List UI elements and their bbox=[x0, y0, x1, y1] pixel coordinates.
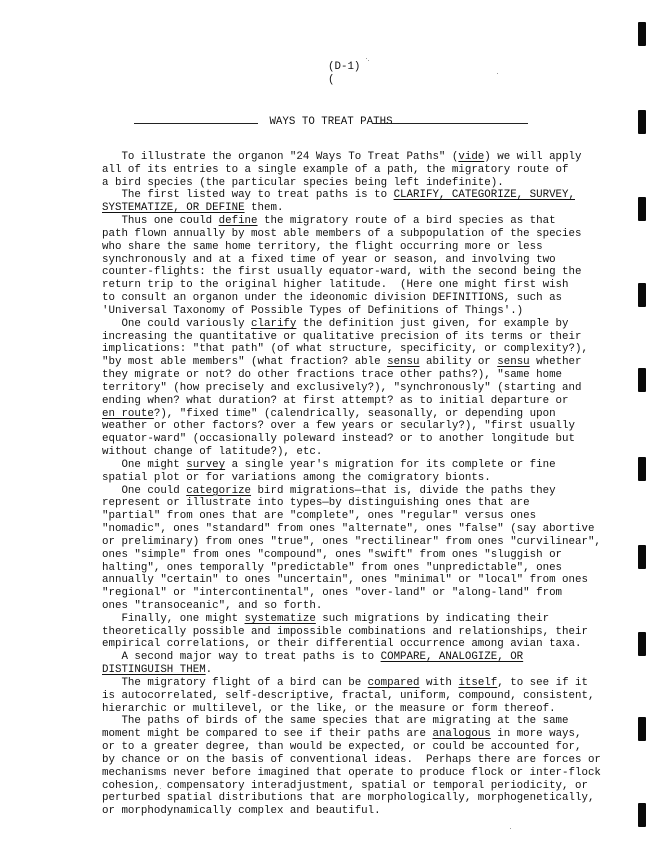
text-line: en route?), "fixed time" (calendrically,… bbox=[102, 408, 642, 421]
text-run: ones "simple" from ones "compound", ones… bbox=[102, 549, 562, 561]
margin-mark bbox=[638, 22, 646, 46]
margin-mark bbox=[638, 717, 646, 741]
underlined-term: categorize bbox=[186, 485, 251, 497]
underlined-term: analogous bbox=[432, 728, 490, 740]
text-run: moment might be compared to see if their… bbox=[102, 728, 432, 740]
underlined-term: compared bbox=[368, 677, 420, 689]
text-line: increasing the quantitative or qualitati… bbox=[102, 331, 642, 344]
page-number: (D-1) ( bbox=[328, 61, 360, 87]
text-line: synchronously and at a fixed time of yea… bbox=[102, 254, 642, 267]
text-run: synchronously and at a fixed time of yea… bbox=[102, 254, 556, 266]
text-line: represent or illustrate into types—by di… bbox=[102, 497, 642, 510]
text-line: perturbed spatial distributions that are… bbox=[102, 792, 642, 805]
text-line: by chance or on the basis of conventiona… bbox=[102, 754, 642, 767]
scan-speck bbox=[366, 58, 367, 59]
text-line: halting", ones temporally "predictable" … bbox=[102, 562, 642, 575]
text-line: The paths of birds of the same species t… bbox=[102, 715, 642, 728]
text-line: return trip to the original higher latit… bbox=[102, 279, 642, 292]
text-run: 'Universal Taxonomy of Possible Types of… bbox=[102, 305, 523, 317]
margin-mark bbox=[638, 283, 646, 307]
text-run: equator-ward" (occasionally poleward ins… bbox=[102, 433, 575, 445]
text-run: or morphodynamically complex and beautif… bbox=[102, 805, 381, 817]
text-line: annually "certain" to ones "uncertain", … bbox=[102, 574, 642, 587]
underlined-term: sensu bbox=[387, 356, 419, 368]
underlined-term: itself bbox=[458, 677, 497, 689]
text-run: One could variously bbox=[102, 318, 251, 330]
text-line: is autocorrelated, self-descriptive, fra… bbox=[102, 690, 642, 703]
text-line: all of its entries to a single example o… bbox=[102, 164, 642, 177]
text-run: , to see if it bbox=[497, 677, 588, 689]
text-line: SYSTEMATIZE, OR DEFINE them. bbox=[102, 202, 642, 215]
underlined-term: sensu bbox=[497, 356, 529, 368]
page-number-label: (D-1) bbox=[328, 61, 360, 73]
text-run: "regional" or "intercontinental", ones "… bbox=[102, 587, 562, 599]
underlined-term: systematize bbox=[245, 613, 316, 625]
text-line: or to a greater degree, than would be ex… bbox=[102, 741, 642, 754]
scan-speck bbox=[160, 788, 161, 789]
margin-mark bbox=[638, 368, 646, 392]
text-run: "nomadic", ones "standard" from ones "al… bbox=[102, 523, 594, 535]
text-run: spatial plot or for variations among the… bbox=[102, 472, 491, 484]
text-line: or preliminary) from ones "true", ones "… bbox=[102, 536, 642, 549]
text-run: whether bbox=[530, 356, 582, 368]
text-run: territory" (how precisely and exclusivel… bbox=[102, 382, 581, 394]
text-run: ) we will apply bbox=[484, 151, 581, 163]
text-line: counter-flights: the first usually equat… bbox=[102, 266, 642, 279]
section-heading-text: WAYS TO TREAT PATHS bbox=[269, 116, 392, 128]
text-line: theoretically possible and impossible co… bbox=[102, 626, 642, 639]
text-run: or preliminary) from ones "true", ones "… bbox=[102, 536, 601, 548]
text-run: such migrations by indicating their bbox=[316, 613, 549, 625]
text-run: Thus one could bbox=[102, 215, 219, 227]
text-run: The migratory flight of a bird can be bbox=[102, 677, 368, 689]
text-run: without change of latitude?), etc. bbox=[102, 446, 322, 458]
text-run: them. bbox=[245, 202, 284, 214]
underlined-term: vide bbox=[458, 151, 484, 163]
underlined-term: en route bbox=[102, 408, 154, 420]
text-line: a bird species (the particular species b… bbox=[102, 177, 642, 190]
page-number-sub: ( bbox=[328, 74, 334, 86]
scan-speck bbox=[368, 60, 369, 61]
scan-speck bbox=[497, 73, 498, 74]
text-run: Finally, one might bbox=[102, 613, 245, 625]
text-line: weather or other factors? over a few yea… bbox=[102, 420, 642, 433]
text-run: "partial" from ones that are "complete",… bbox=[102, 510, 536, 522]
text-line: ones "simple" from ones "compound", ones… bbox=[102, 549, 642, 562]
text-line: cohesion, compensatory interadjustment, … bbox=[102, 780, 642, 793]
text-run: ending when? what duration? at first att… bbox=[102, 395, 569, 407]
document-page: (D-1) ( WAYS TO TREAT PATHS To illustrat… bbox=[0, 0, 657, 850]
text-run: perturbed spatial distributions that are… bbox=[102, 792, 594, 804]
text-run: "by most able members" (what fraction? a… bbox=[102, 356, 387, 368]
text-run: The paths of birds of the same species t… bbox=[102, 715, 569, 727]
text-run: the migratory route of a bird species as… bbox=[258, 215, 556, 227]
text-run: they migrate or not? do other fractions … bbox=[102, 369, 562, 381]
underlined-term: clarify bbox=[251, 318, 296, 330]
text-run: bird migrations—that is, divide the path… bbox=[251, 485, 556, 497]
text-line: The migratory flight of a bird can be co… bbox=[102, 677, 642, 690]
section-heading-row: WAYS TO TREAT PATHS bbox=[134, 116, 528, 130]
text-run: theoretically possible and impossible co… bbox=[102, 626, 588, 638]
text-line: ending when? what duration? at first att… bbox=[102, 395, 642, 408]
text-run: the definition just given, for example b… bbox=[296, 318, 568, 330]
heading-rule-right bbox=[372, 123, 528, 124]
margin-mark bbox=[638, 110, 646, 134]
text-line: 'Universal Taxonomy of Possible Types of… bbox=[102, 305, 642, 318]
text-line: who share the same home territory, the f… bbox=[102, 241, 642, 254]
underlined-term: define bbox=[219, 215, 258, 227]
text-run: implications: "that path" (of what struc… bbox=[102, 343, 588, 355]
text-run: who share the same home territory, the f… bbox=[102, 241, 543, 253]
text-run: represent or illustrate into types—by di… bbox=[102, 497, 530, 509]
text-run: ability or bbox=[420, 356, 498, 368]
text-line: ones "transoceanic", and so forth. bbox=[102, 600, 642, 613]
text-line: without change of latitude?), etc. bbox=[102, 446, 642, 459]
text-line: Thus one could define the migratory rout… bbox=[102, 215, 642, 228]
section-heading: WAYS TO TREAT PATHS bbox=[134, 116, 528, 128]
text-line: To illustrate the organon "24 Ways To Tr… bbox=[102, 151, 642, 164]
text-line: "nomadic", ones "standard" from ones "al… bbox=[102, 523, 642, 536]
text-line: One might survey a single year's migrati… bbox=[102, 459, 642, 472]
text-run: to consult an organon under the ideonomi… bbox=[102, 292, 562, 304]
text-line: "partial" from ones that are "complete",… bbox=[102, 510, 642, 523]
text-run: To illustrate the organon "24 Ways To Tr… bbox=[102, 151, 458, 163]
text-run: . bbox=[206, 664, 212, 676]
text-line: One could variously clarify the definiti… bbox=[102, 318, 642, 331]
text-run: hierarchic or multilevel, or the like, o… bbox=[102, 703, 556, 715]
text-run: weather or other factors? over a few yea… bbox=[102, 420, 575, 432]
underlined-term: SYSTEMATIZE, OR DEFINE bbox=[102, 202, 245, 214]
underlined-term: survey bbox=[186, 459, 225, 471]
text-line: or morphodynamically complex and beautif… bbox=[102, 805, 642, 818]
text-run: annually "certain" to ones "uncertain", … bbox=[102, 574, 588, 586]
text-line: A second major way to treat paths is to … bbox=[102, 651, 642, 664]
text-line: moment might be compared to see if their… bbox=[102, 728, 642, 741]
margin-mark bbox=[638, 632, 646, 656]
text-line: "by most able members" (what fraction? a… bbox=[102, 356, 642, 369]
text-line: spatial plot or for variations among the… bbox=[102, 472, 642, 485]
underlined-term: COMPARE, ANALOGIZE, OR bbox=[381, 651, 524, 663]
text-line: empirical correlations, or their differe… bbox=[102, 638, 642, 651]
text-run: is autocorrelated, self-descriptive, fra… bbox=[102, 690, 594, 702]
text-run: by chance or on the basis of conventiona… bbox=[102, 754, 601, 766]
body-text: To illustrate the organon "24 Ways To Tr… bbox=[102, 151, 642, 818]
text-run: cohesion, compensatory interadjustment, … bbox=[102, 780, 588, 792]
text-run: One could bbox=[102, 485, 186, 497]
text-run: mechanisms never before imagined that op… bbox=[102, 767, 601, 779]
scan-speck bbox=[510, 828, 511, 829]
text-run: The first listed way to treat paths is t… bbox=[102, 189, 394, 201]
text-line: they migrate or not? do other fractions … bbox=[102, 369, 642, 382]
text-line: equator-ward" (occasionally poleward ins… bbox=[102, 433, 642, 446]
text-run: A second major way to treat paths is to bbox=[102, 651, 381, 663]
underlined-term: CLARIFY, CATEGORIZE, SURVEY, bbox=[394, 189, 575, 201]
text-line: DISTINGUISH THEM. bbox=[102, 664, 642, 677]
text-line: to consult an organon under the ideonomi… bbox=[102, 292, 642, 305]
text-run: in more ways, bbox=[491, 728, 582, 740]
text-line: "regional" or "intercontinental", ones "… bbox=[102, 587, 642, 600]
margin-mark bbox=[638, 197, 646, 221]
text-run: ?), "fixed time" (calendrically, seasona… bbox=[154, 408, 556, 420]
margin-mark bbox=[638, 457, 646, 481]
text-run: increasing the quantitative or qualitati… bbox=[102, 331, 581, 343]
text-run: a single year's migration for its comple… bbox=[225, 459, 555, 471]
margin-mark bbox=[638, 803, 646, 827]
text-run: all of its entries to a single example o… bbox=[102, 164, 569, 176]
text-line: The first listed way to treat paths is t… bbox=[102, 189, 642, 202]
text-run: counter-flights: the first usually equat… bbox=[102, 266, 581, 278]
text-run: return trip to the original higher latit… bbox=[102, 279, 569, 291]
text-line: mechanisms never before imagined that op… bbox=[102, 767, 642, 780]
text-run: with bbox=[420, 677, 459, 689]
text-run: One might bbox=[102, 459, 186, 471]
text-run: halting", ones temporally "predictable" … bbox=[102, 562, 562, 574]
text-run: path flown annually by most able members… bbox=[102, 228, 581, 240]
text-run: empirical correlations, or their differe… bbox=[102, 638, 581, 650]
text-run: a bird species (the particular species b… bbox=[102, 177, 504, 189]
text-run: ones "transoceanic", and so forth. bbox=[102, 600, 322, 612]
underlined-term: DISTINGUISH THEM bbox=[102, 664, 206, 676]
text-line: hierarchic or multilevel, or the like, o… bbox=[102, 703, 642, 716]
text-line: path flown annually by most able members… bbox=[102, 228, 642, 241]
text-line: Finally, one might systematize such migr… bbox=[102, 613, 642, 626]
text-run: or to a greater degree, than would be ex… bbox=[102, 741, 581, 753]
text-line: territory" (how precisely and exclusivel… bbox=[102, 382, 642, 395]
margin-mark bbox=[638, 545, 646, 569]
text-line: implications: "that path" (of what struc… bbox=[102, 343, 642, 356]
text-line: One could categorize bird migrations—tha… bbox=[102, 485, 642, 498]
